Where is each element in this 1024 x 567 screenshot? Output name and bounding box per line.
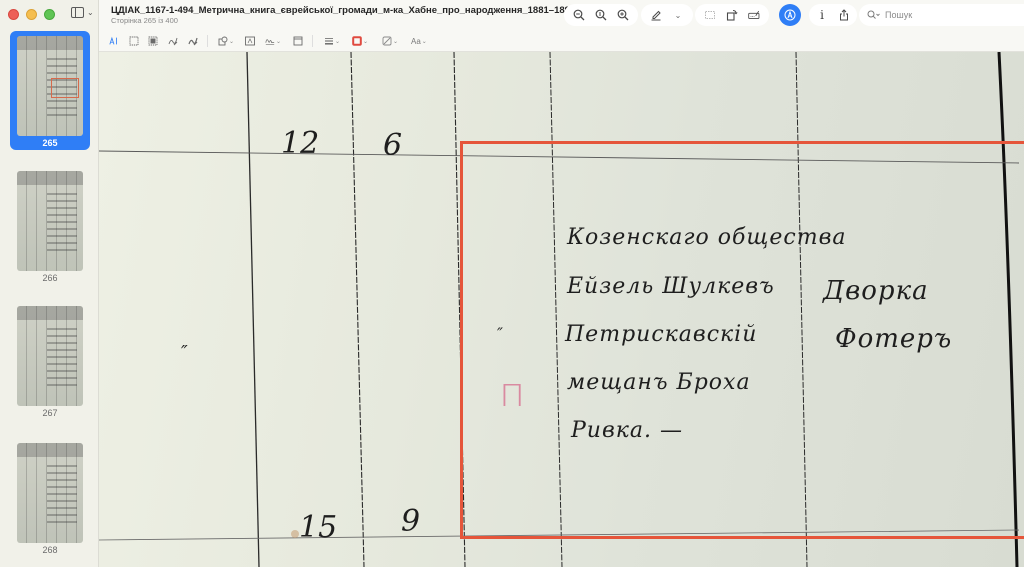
- entry-number-15: 15: [299, 510, 337, 545]
- thumbnail-image: [17, 306, 83, 406]
- highlight-controls: ⌄: [641, 4, 693, 26]
- sketch-icon: [168, 36, 178, 46]
- entry-number-12: 12: [281, 126, 319, 161]
- thumbnail-image: [17, 171, 83, 271]
- crop-icon: [704, 9, 716, 21]
- thumbnail-page-267[interactable]: 267: [10, 301, 90, 420]
- share-icon: [838, 9, 850, 21]
- title-bar: ⌄ ЦДІАК_1167-1-494_Метрична_книга_єврейс…: [99, 0, 1024, 30]
- preview-window: 265 266 267 268 ⌄ ЦДІАК_1167-1-494_Метри…: [0, 0, 1024, 567]
- sidebar-toggle-button[interactable]: ⌄: [71, 7, 94, 18]
- text-box-icon: [245, 36, 255, 46]
- draw-tool[interactable]: [188, 34, 198, 48]
- document-title: ЦДІАК_1167-1-494_Метрична_книга_єврейськ…: [111, 5, 593, 16]
- info-button[interactable]: i: [813, 6, 831, 24]
- close-button[interactable]: [8, 9, 19, 20]
- entry-day-6: 6: [383, 128, 402, 163]
- minimize-button[interactable]: [26, 9, 37, 20]
- separator: [207, 35, 208, 47]
- text-selection-tool[interactable]: [109, 34, 119, 48]
- fullscreen-button[interactable]: [44, 9, 55, 20]
- actual-size-button[interactable]: [592, 6, 610, 24]
- thumbnail-page-268[interactable]: 268: [10, 438, 90, 557]
- chevron-down-icon: ⌄: [393, 38, 398, 45]
- thumbnail-page-266[interactable]: 266: [10, 166, 90, 285]
- border-color-tool[interactable]: ⌄: [352, 34, 368, 48]
- thumbnail-page-number: 266: [42, 273, 57, 283]
- signature-button[interactable]: [745, 6, 763, 24]
- markup-pen-icon: [784, 9, 796, 21]
- window-controls: [8, 9, 55, 20]
- chevron-down-icon: ⌄: [675, 11, 682, 20]
- markup-toolbar-button[interactable]: [779, 4, 801, 26]
- markup-toolbar: ⌄ ⌄ ⌄ ⌄ ⌄ Aa ⌄: [99, 30, 1024, 52]
- shapes-icon: [218, 36, 228, 46]
- redact-icon: [148, 36, 158, 46]
- sidebar-icon: [71, 7, 84, 18]
- rectangle-annotation[interactable]: [460, 141, 1024, 539]
- thumbnail-image: [17, 443, 83, 543]
- draw-icon: [188, 36, 198, 46]
- note-icon: [293, 36, 303, 46]
- thumbnail-page-265[interactable]: 265: [10, 31, 90, 150]
- line-style-tool[interactable]: ⌄: [324, 34, 340, 48]
- crop-button[interactable]: [701, 6, 719, 24]
- thumbnail-page-number: 267: [42, 408, 57, 418]
- fill-color-icon: [382, 36, 392, 46]
- sketch-tool[interactable]: [168, 34, 178, 48]
- border-color-icon: [352, 36, 362, 46]
- zoom-out-button[interactable]: [570, 6, 588, 24]
- sign-tool[interactable]: ⌄: [265, 34, 281, 48]
- edit-controls: [695, 4, 769, 26]
- chevron-down-icon: ⌄: [422, 38, 427, 45]
- chevron-down-icon: ⌄: [276, 38, 281, 45]
- text-box-tool[interactable]: [245, 34, 255, 48]
- line-style-icon: [324, 36, 334, 46]
- search-icon: [867, 10, 881, 20]
- document-view[interactable]: 12 6 ″ ″ п Козенскаго обществa Ейзель Шу…: [99, 52, 1024, 567]
- shapes-tool[interactable]: ⌄: [218, 34, 234, 48]
- note-tool[interactable]: [293, 34, 303, 48]
- redact-tool[interactable]: [148, 34, 158, 48]
- zoom-in-icon: [617, 9, 629, 21]
- signature-icon: [265, 36, 275, 46]
- zoom-out-icon: [573, 9, 585, 21]
- page-indicator: Сторінка 265 із 400: [111, 16, 178, 25]
- rotate-icon: [726, 9, 738, 21]
- text-style-tool[interactable]: Aa ⌄: [411, 34, 427, 48]
- text-cursor-icon: [109, 36, 119, 46]
- highlight-button[interactable]: [647, 6, 665, 24]
- rect-select-icon: [129, 36, 139, 46]
- separator: [312, 35, 313, 47]
- info-icon: i: [820, 8, 824, 22]
- chevron-down-icon: ⌄: [363, 38, 368, 45]
- entry-day-9: 9: [401, 504, 420, 539]
- info-share-controls: i: [809, 4, 857, 26]
- chevron-down-icon: ⌄: [229, 38, 234, 45]
- thumbnail-page-number: 268: [42, 545, 57, 555]
- search-field[interactable]: [859, 4, 1024, 26]
- text-style-label: Aa: [411, 37, 421, 46]
- ditto-mark: ″: [181, 342, 189, 363]
- rotate-button[interactable]: [723, 6, 741, 24]
- search-input[interactable]: [885, 10, 1005, 20]
- signature-icon: [748, 9, 760, 21]
- highlighter-pen-icon: [650, 9, 662, 21]
- chevron-down-icon: ⌄: [335, 38, 340, 45]
- actual-size-icon: [595, 9, 607, 21]
- zoom-controls: [564, 4, 638, 26]
- chevron-down-icon: ⌄: [87, 8, 94, 17]
- thumbnail-image: [17, 36, 83, 136]
- fill-color-tool[interactable]: ⌄: [382, 34, 398, 48]
- rectangular-selection-tool[interactable]: [129, 34, 139, 48]
- highlight-menu-button[interactable]: ⌄: [669, 6, 687, 24]
- thumbnail-sidebar: 265 266 267 268: [0, 0, 99, 567]
- zoom-in-button[interactable]: [614, 6, 632, 24]
- thumbnail-page-number: 265: [42, 138, 57, 148]
- share-button[interactable]: [835, 6, 853, 24]
